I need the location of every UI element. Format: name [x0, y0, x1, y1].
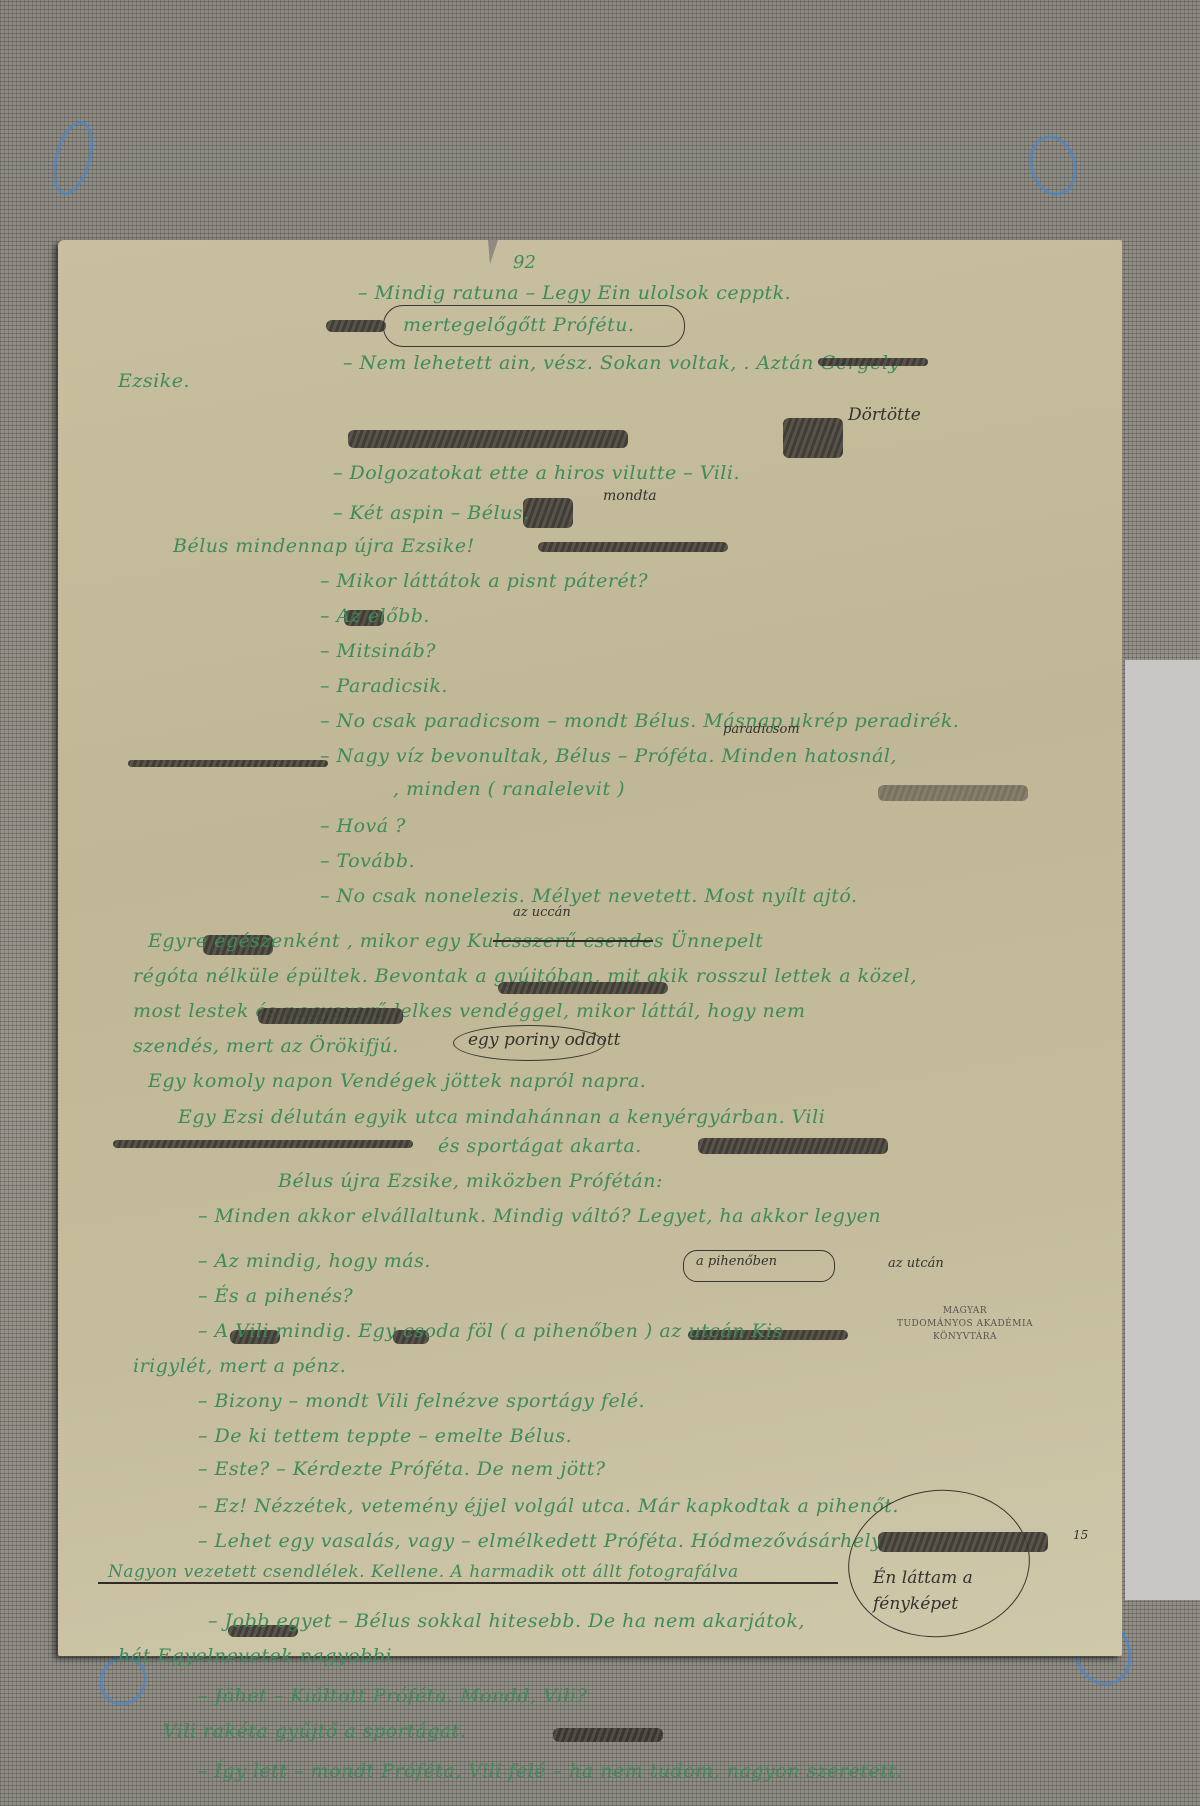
manuscript-line: – Minden akkor elvállaltunk. Mindig vált…	[198, 1205, 881, 1227]
page-number: 92	[513, 252, 536, 273]
pencil-scribble	[878, 1532, 1048, 1552]
pencil-insertion: paradicsom	[723, 722, 800, 737]
pencil-scribble	[128, 760, 328, 767]
library-stamp: MAGYAR TUDOMÁNYOS AKADÉMIA KÖNYVTÁRA	[895, 1305, 1035, 1344]
manuscript-line: – Hová ?	[320, 815, 406, 837]
stamp-line: MAGYAR	[895, 1305, 1035, 1318]
manuscript-line: Bélus mindennap újra Ezsike!	[173, 535, 475, 557]
manuscript-line: – Mikor láttátok a pisnt páterét?	[320, 570, 648, 592]
pencil-insertion: az uccán	[513, 905, 571, 920]
manuscript-line: most lestek és nagyszerű lelkes vendégge…	[133, 1000, 805, 1022]
pencil-scribble	[326, 320, 386, 332]
manuscript-line: – Nagy víz bevonultak, Bélus – Próféta. …	[320, 745, 897, 767]
pencil-scribble	[553, 1728, 663, 1742]
manuscript-page: 92 – Mindig ratuna – Legy Ein ulolsok ce…	[58, 240, 1122, 1656]
pencil-insertion: Dörtötte	[848, 405, 921, 425]
manuscript-line: – Az előbb.	[320, 605, 430, 627]
pencil-strike	[493, 940, 653, 942]
pencil-scribble	[538, 542, 728, 552]
manuscript-line: Vili rakéta gyűjtő a sportágat.	[163, 1720, 466, 1742]
pencil-scribble	[523, 498, 573, 528]
manuscript-line: – De ki tettem teppte – emelte Bélus.	[198, 1425, 572, 1447]
pencil-strike	[98, 1582, 838, 1584]
blue-mark-top-right	[1023, 130, 1083, 201]
pencil-scribble	[258, 1008, 403, 1024]
pencil-scribble	[498, 982, 668, 994]
manuscript-line: Egyre egészenként , mikor egy Kulcsszerű…	[148, 930, 763, 952]
pencil-insertion: egy poriny oddott	[468, 1030, 621, 1050]
manuscript-line: – Tovább.	[320, 850, 415, 872]
pencil-insertion: az utcán	[888, 1256, 944, 1271]
pencil-scribble	[113, 1140, 413, 1148]
manuscript-line: hát Egyelnevetek nagyobbi.	[118, 1645, 399, 1667]
pencil-insertion: mondta	[603, 488, 657, 504]
manuscript-line: Egy Ezsi délután egyik utca mindahánnan …	[178, 1106, 825, 1128]
manuscript-line: irigylét, mert a pénz.	[133, 1355, 346, 1377]
manuscript-line: Nagyon vezetett csendlélek. Kellene. A h…	[108, 1562, 739, 1582]
manuscript-line: – Az mindig, hogy más.	[198, 1250, 431, 1272]
pencil-note: Én láttam a fényképet	[873, 1565, 993, 1617]
manuscript-line: és sportágat akarta.	[438, 1135, 642, 1157]
manuscript-line: – És a pihenés?	[198, 1285, 353, 1307]
manuscript-line: – Így lett – mondt Próféta, Vili felé – …	[198, 1760, 903, 1782]
pencil-scribble	[878, 785, 1028, 801]
manuscript-line: mertegelőgőtt Prófétu.	[403, 314, 635, 336]
pencil-scribble	[783, 418, 843, 458]
manuscript-line: – Paradicsik.	[320, 675, 448, 697]
manuscript-line: Bélus újra Ezsike, miközben Prófétán:	[278, 1170, 663, 1192]
manuscript-line: – Bizony – mondt Vili felnézve sportágy …	[198, 1390, 645, 1412]
manuscript-line: – No csak nonelezis. Mélyet nevetett. Mo…	[320, 885, 858, 907]
manuscript-line: – Ez! Nézzétek, vetemény éjjel volgál ut…	[198, 1495, 899, 1517]
manuscript-line: – Mindig ratuna – Legy Ein ulolsok ceppt…	[358, 282, 791, 304]
pencil-scribble	[818, 358, 928, 366]
manuscript-line: Egy komoly napon Vendégek jöttek napról …	[148, 1070, 646, 1092]
pencil-scribble	[698, 1138, 888, 1154]
pencil-insertion: a pihenőben	[696, 1254, 777, 1269]
manuscript-line: – A Vili mindig. Egy csoda föl ( a pihen…	[198, 1320, 783, 1342]
manuscript-line: – Mitsináb?	[320, 640, 436, 662]
stamp-line: KÖNYVTÁRA	[895, 1331, 1035, 1344]
manuscript-line: – Jöhet – Kiáltott Próféta. Mondd, Vili?	[198, 1685, 587, 1707]
corner-number: 15	[1073, 1528, 1088, 1542]
manuscript-line: – Lehet egy vasalás, vagy – elmélkedett …	[198, 1530, 882, 1552]
blue-mark-top-left	[46, 117, 100, 200]
manuscript-line: szendés, mert az Örökifjú.	[133, 1035, 399, 1057]
manuscript-line: – Jobb egyet – Bélus sokkal hitesebb. De…	[208, 1610, 805, 1632]
side-card	[1125, 660, 1200, 1600]
manuscript-line: – Este? – Kérdezte Próféta. De nem jött?	[198, 1458, 606, 1480]
margin-note: Ezsike.	[118, 370, 190, 392]
manuscript-line: – No csak paradicsom – mondt Bélus. Másn…	[320, 710, 959, 732]
manuscript-line: – Nem lehetett ain, vész. Sokan voltak, …	[343, 352, 900, 374]
manuscript-line: – Dolgozatokat ette a hiros vilutte – Vi…	[333, 462, 740, 484]
pencil-scribble	[348, 430, 628, 448]
stamp-line: TUDOMÁNYOS AKADÉMIA	[895, 1318, 1035, 1331]
paper-tear	[488, 240, 498, 264]
manuscript-line: , minden ( ranalelevit )	[393, 778, 625, 800]
manuscript-line: – Két aspin – Bélus.	[333, 502, 530, 524]
